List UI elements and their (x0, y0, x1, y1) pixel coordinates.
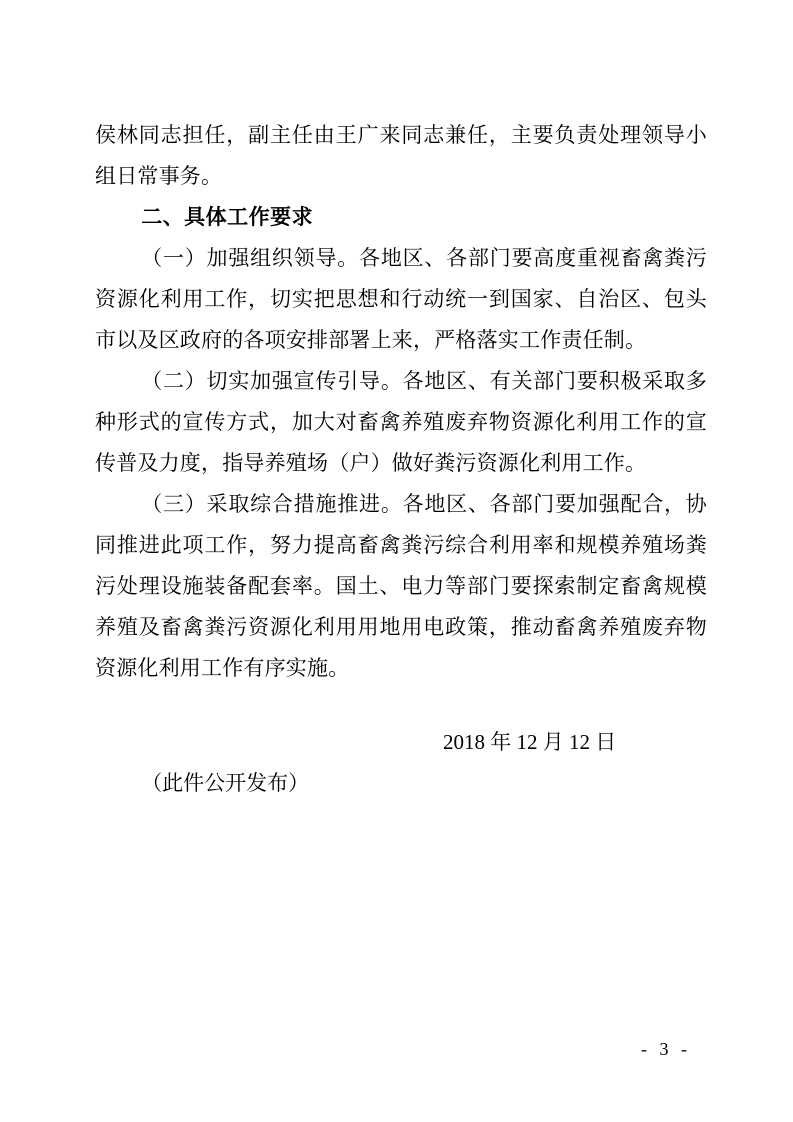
paragraph-item-2: （二）切实加强宣传引导。各地区、有关部门要积极采取多种形式的宣传方式，加大对畜禽… (95, 361, 707, 484)
paragraph-item-1: （一）加强组织领导。各地区、各部门要高度重视畜禽粪污资源化利用工作，切实把思想和… (95, 238, 707, 361)
document-body: 侯林同志担任，副主任由王广来同志兼任，主要负责处理领导小组日常事务。 二、具体工… (95, 115, 707, 804)
paragraph-continuation: 侯林同志担任，副主任由王广来同志兼任，主要负责处理领导小组日常事务。 (95, 115, 707, 197)
page-number: - 3 - (641, 1038, 691, 1060)
section-heading: 二、具体工作要求 (95, 197, 707, 238)
document-page: 侯林同志担任，副主任由王广来同志兼任，主要负责处理领导小组日常事务。 二、具体工… (0, 0, 793, 1122)
document-date: 2018 年 12 月 12 日 (95, 722, 707, 763)
publication-note: （此件公开发布） (95, 763, 707, 804)
paragraph-item-3: （三）采取综合措施推进。各地区、各部门要加强配合，协同推进此项工作，努力提高畜禽… (95, 484, 707, 689)
